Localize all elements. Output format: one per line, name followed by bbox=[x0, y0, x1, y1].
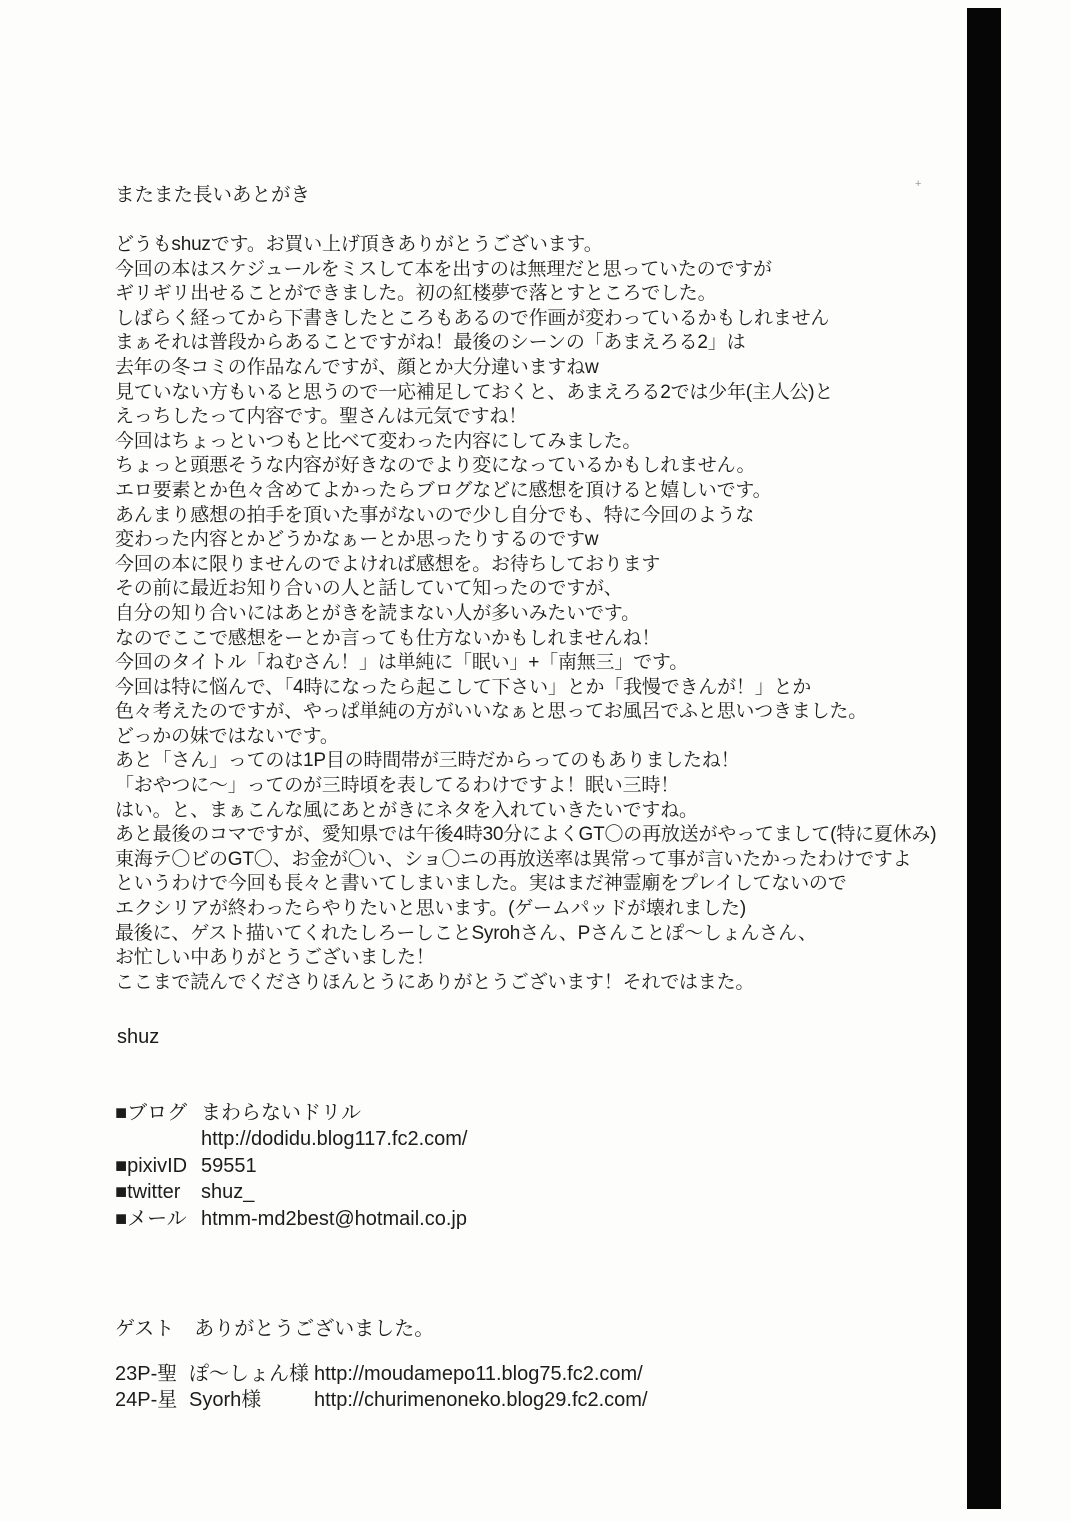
afterword-line: 今回のタイトル「ねむさん！」は単純に「眠い」+「南無三」です。 bbox=[115, 651, 936, 676]
contact-value: 59551 bbox=[201, 1155, 257, 1177]
contact-value: shuz_ bbox=[201, 1181, 254, 1203]
scanned-afterword-page: + またまた長いあとがき どうもshuzです。お買い上げ頂きありがとうございます… bbox=[0, 0, 1071, 1521]
guest-name: Syorh様 bbox=[189, 1388, 314, 1414]
afterword-line: どっかの妹ではないです。 bbox=[115, 725, 936, 750]
afterword-line: 今回は特に悩んで、「4時になったら起こして下さい」とか「我慢できんが！」とか bbox=[115, 676, 936, 701]
guest-blog-url: http://moudamepo11.blog75.fc2.com/ bbox=[314, 1363, 643, 1385]
afterword-line: あと最後のコマですが、愛知県では午後4時30分によくGT〇の再放送がやってまして… bbox=[115, 823, 936, 848]
afterword-title: またまた長いあとがき bbox=[115, 182, 310, 208]
guest-name: ぽ～しょん様 bbox=[189, 1362, 314, 1388]
contact-label: ■メール bbox=[115, 1207, 201, 1232]
afterword-line: あと「さん」ってのは1P目の時間帯が三時だからってのもありましたね！ bbox=[115, 749, 936, 774]
contact-row: ■pixivID59551 bbox=[115, 1153, 467, 1179]
afterword-line: ギリギリ出せることができました。初の紅楼夢で落とすところでした。 bbox=[115, 282, 936, 307]
contact-row: http://dodidu.blog117.fc2.com/ bbox=[115, 1126, 467, 1152]
afterword-line: 変わった内容とかどうかなぁーとか思ったりするのですw bbox=[115, 528, 936, 553]
afterword-line: というわけで今回も長々と書いてしまいました。実はまだ神霊廟をプレイしてないので bbox=[115, 872, 936, 897]
contact-value: まわらないドリル bbox=[201, 1102, 361, 1124]
contact-value: http://dodidu.blog117.fc2.com/ bbox=[201, 1128, 467, 1150]
afterword-line: 最後に、ゲスト描いてくれたしろーしことSyrohさん、Pさんことぽ～しょんさん、 bbox=[115, 922, 936, 947]
afterword-line: 去年の冬コミの作品なんですが、顔とか大分違いますねw bbox=[115, 356, 936, 381]
afterword-line: はい。と、まぁこんな風にあとがきにネタを入れていきたいですね。 bbox=[115, 799, 936, 824]
contact-row: ■twittershuz_ bbox=[115, 1179, 467, 1205]
contact-label: ■twitter bbox=[115, 1180, 201, 1205]
contact-row: ■ブログまわらないドリル bbox=[115, 1100, 467, 1126]
afterword-line: その前に最近お知り合いの人と話していて知ったのですが、 bbox=[115, 577, 936, 602]
guest-thanks-heading: ゲスト ありがとうございました。 bbox=[115, 1312, 434, 1341]
afterword-line: 今回の本はスケジュールをミスして本を出すのは無理だと思っていたのですが bbox=[115, 258, 936, 283]
afterword-line: エクシリアが終わったらやりたいと思います。(ゲームパッドが壊れました) bbox=[115, 897, 936, 922]
guest-credit-row: 23P-聖ぽ～しょん様http://moudamepo11.blog75.fc2… bbox=[115, 1362, 648, 1388]
guest-blog-url: http://churimenoneko.blog29.fc2.com/ bbox=[314, 1389, 648, 1411]
black-spine-bar bbox=[967, 8, 1001, 1509]
contact-label: ■pixivID bbox=[115, 1154, 201, 1179]
afterword-line: 今回の本に限りませんのでよければ感想を。お待ちしております bbox=[115, 553, 936, 578]
author-signature: shuz bbox=[117, 1026, 159, 1049]
contact-list: ■ブログまわらないドリル http://dodidu.blog117.fc2.c… bbox=[115, 1100, 467, 1232]
guest-page-label: 24P-星 bbox=[115, 1388, 189, 1414]
afterword-body: どうもshuzです。お買い上げ頂きありがとうございます。 今回の本はスケジュール… bbox=[115, 233, 936, 995]
afterword-line: お忙しい中ありがとうございました！ bbox=[115, 946, 936, 971]
scan-artifact-plus: + bbox=[915, 178, 921, 190]
afterword-line: まぁそれは普段からあることですがね！最後のシーンの「あまえろる2」は bbox=[115, 331, 936, 356]
afterword-line: 「おやつに～」ってのが三時頃を表してるわけですよ！眠い三時！ bbox=[115, 774, 936, 799]
afterword-line: しばらく経ってから下書きしたところもあるので作画が変わっているかもしれません bbox=[115, 307, 936, 332]
afterword-line: ちょっと頭悪そうな内容が好きなのでより変になっているかもしれません。 bbox=[115, 454, 936, 479]
afterword-line: 自分の知り合いにはあとがきを読まない人が多いみたいです。 bbox=[115, 602, 936, 627]
guest-credit-row: 24P-星Syorh様http://churimenoneko.blog29.f… bbox=[115, 1388, 648, 1414]
guest-credit-list: 23P-聖ぽ～しょん様http://moudamepo11.blog75.fc2… bbox=[115, 1362, 648, 1413]
afterword-line: 今回はちょっといつもと比べて変わった内容にしてみました。 bbox=[115, 430, 936, 455]
afterword-line: 東海テ〇ビのGT〇、お金が〇い、ショ〇ニの再放送率は異常って事が言いたかったわけ… bbox=[115, 848, 936, 873]
contact-label: ■ブログ bbox=[115, 1101, 201, 1126]
afterword-line: えっちしたって内容です。聖さんは元気ですね！ bbox=[115, 405, 936, 430]
afterword-line: 色々考えたのですが、やっぱ単純の方がいいなぁと思ってお風呂でふと思いつきました。 bbox=[115, 700, 936, 725]
guest-page-label: 23P-聖 bbox=[115, 1362, 189, 1388]
afterword-line: どうもshuzです。お買い上げ頂きありがとうございます。 bbox=[115, 233, 936, 258]
contact-row: ■メールhtmm-md2best@hotmail.co.jp bbox=[115, 1206, 467, 1232]
afterword-line: ここまで読んでくださりほんとうにありがとうございます！それではまた。 bbox=[115, 971, 936, 996]
afterword-line: あんまり感想の拍手を頂いた事がないので少し自分でも、特に今回のような bbox=[115, 504, 936, 529]
afterword-line: なのでここで感想をーとか言っても仕方ないかもしれませんね！ bbox=[115, 627, 936, 652]
contact-value: htmm-md2best@hotmail.co.jp bbox=[201, 1208, 467, 1230]
afterword-line: 見ていない方もいると思うので一応補足しておくと、あまえろる2では少年(主人公)と bbox=[115, 381, 936, 406]
afterword-line: エロ要素とか色々含めてよかったらブログなどに感想を頂けると嬉しいです。 bbox=[115, 479, 936, 504]
